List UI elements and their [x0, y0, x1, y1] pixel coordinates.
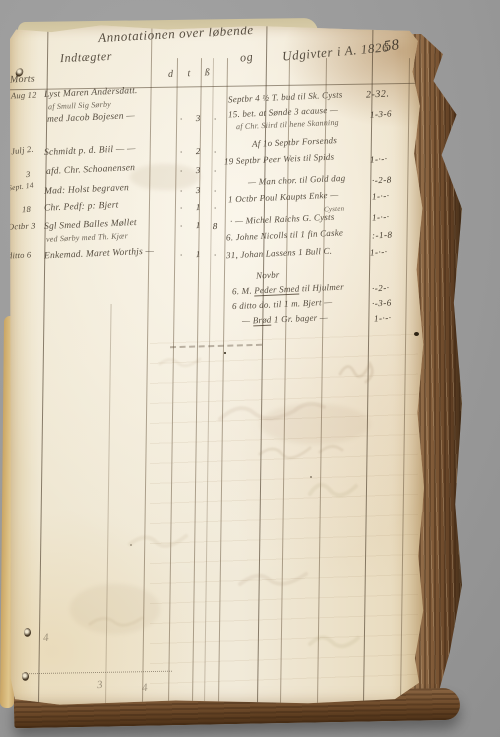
entry-text: Enkemad. Maret Worthjs — [44, 247, 155, 262]
entry-date: 18 [22, 204, 31, 214]
amount-cell: · [208, 186, 222, 196]
amount-cell: 1 [191, 220, 205, 230]
amount-cell: ·-2-· [372, 283, 390, 294]
entry-text: ved Sørby med Th. Kjær [46, 231, 128, 244]
entry-text-post: 1 Gr. bager — [271, 312, 328, 324]
column-rule [105, 304, 112, 704]
amount-cell: 1-·-· [372, 191, 390, 202]
amount-cell: · [208, 250, 222, 260]
entry-text-post: til Hjulmer [299, 282, 344, 294]
entry-text-underlined: Peder Smed [254, 284, 300, 297]
entry-text: 31, Johan Lassens 1 Bull C. [226, 246, 332, 261]
entry-text: 6. M. Peder Smed til Hjulmer [232, 282, 344, 297]
amount-cell: · [174, 147, 188, 157]
entry-text: 6. Johne Nicolls til 1 fin Caske [226, 227, 343, 242]
amount-cell: · [208, 114, 222, 124]
scanned-ledger-photo: { "header": { "title": "Annotationen ove… [0, 0, 500, 737]
entry-date: 3 [26, 169, 31, 179]
ink-speck [224, 352, 226, 354]
amount-cell: 1-·-· [370, 247, 388, 258]
amount-cell: · [174, 221, 188, 231]
amount-cell: 1-·-· [372, 212, 390, 223]
subtitle-right: Udgivter i A. 1826 [282, 39, 390, 64]
amount-cell: ·-3-6 [372, 297, 392, 308]
entry-date: ditto 6 [8, 249, 32, 260]
currency-column-header: d t ß [168, 67, 216, 80]
amount-cell: ·-2-8 [372, 174, 392, 185]
binding-hole [22, 672, 29, 681]
entry-text: 1 Octbr Poul Kaupts Enke — [228, 190, 339, 205]
column-rule [38, 26, 48, 704]
stain-smudge [130, 164, 200, 190]
amount-cell: 8 [208, 221, 222, 231]
stain-smudge [260, 404, 370, 444]
ledger-page: Annotationen over løbende 58 Indtægter o… [10, 24, 424, 706]
entry-date: Octbr 3 [8, 220, 36, 231]
amount-cell: · [174, 250, 188, 260]
stain-smudge [70, 584, 160, 634]
entry-text: afd. Chr. Schoanensen [46, 163, 136, 177]
amount-cell: :-1-8 [372, 229, 393, 240]
amount-cell: 1 [191, 249, 205, 259]
amount-cell: · [174, 114, 188, 124]
entry-date: Aug 12 [11, 89, 37, 100]
amount-cell: · [174, 203, 188, 213]
entry-date: Julj 2. [10, 144, 34, 157]
amount-cell: 3 [191, 113, 205, 123]
amount-cell: 1-·-· [374, 313, 392, 324]
ledger-book: Annotationen over løbende 58 Indtægter o… [6, 16, 470, 726]
amount-cell: 1-3-6 [370, 108, 392, 119]
pencil-mark: 4 [141, 682, 148, 695]
entry-text: 15. bet. at Sønde 3 acause — [228, 105, 338, 120]
entry-date: Sept. 14 [8, 180, 35, 192]
subtitle-connector: og [239, 49, 254, 65]
entry-text: Sgl Smed Balles Møllet [44, 218, 137, 232]
entry-text: Chr. Pedf: p: Bjert [44, 200, 119, 213]
entry-text: Schmidt p. d. Biil — — [44, 144, 136, 158]
entry-text: · — Michel Raichs G. Cysts [230, 212, 335, 227]
amount-cell: 2-32. [366, 88, 390, 100]
amount-cell: · [208, 203, 222, 213]
amount-cell: · [208, 166, 222, 176]
ink-speck [414, 332, 419, 336]
margin-column-header: Morts [10, 73, 35, 85]
amount-cell: 1 [191, 202, 205, 212]
pencil-mark: 4 [42, 632, 49, 645]
amount-cell: 1-·-· [370, 154, 388, 165]
entry-text: af Smull Sig Sørby [48, 100, 111, 112]
pencil-mark: 3 [96, 679, 103, 692]
entry-text: 19 Septbr Peer Weis til Spids [224, 152, 335, 167]
ink-speck [130, 544, 132, 546]
ink-speck [310, 476, 312, 478]
entry-text: med Jacob Bojesen — [47, 111, 135, 125]
entry-text: — Man chor. til Gold dag [248, 173, 346, 187]
amount-cell: 2 [191, 146, 205, 156]
entry-text: 6 ditto do. til 1 m. Bjert — [232, 297, 333, 311]
subtitle-left: Indtægter [60, 49, 113, 66]
amount-cell: · [208, 147, 222, 157]
amount-cell: 3 [191, 185, 205, 195]
bleed-through-ruling [150, 324, 418, 684]
entry-text-pre: 6. M. [232, 285, 255, 296]
binding-hole [24, 628, 31, 637]
entry-text: Novbr [256, 269, 280, 280]
entry-text: Mad: Holst begraven [44, 183, 129, 197]
